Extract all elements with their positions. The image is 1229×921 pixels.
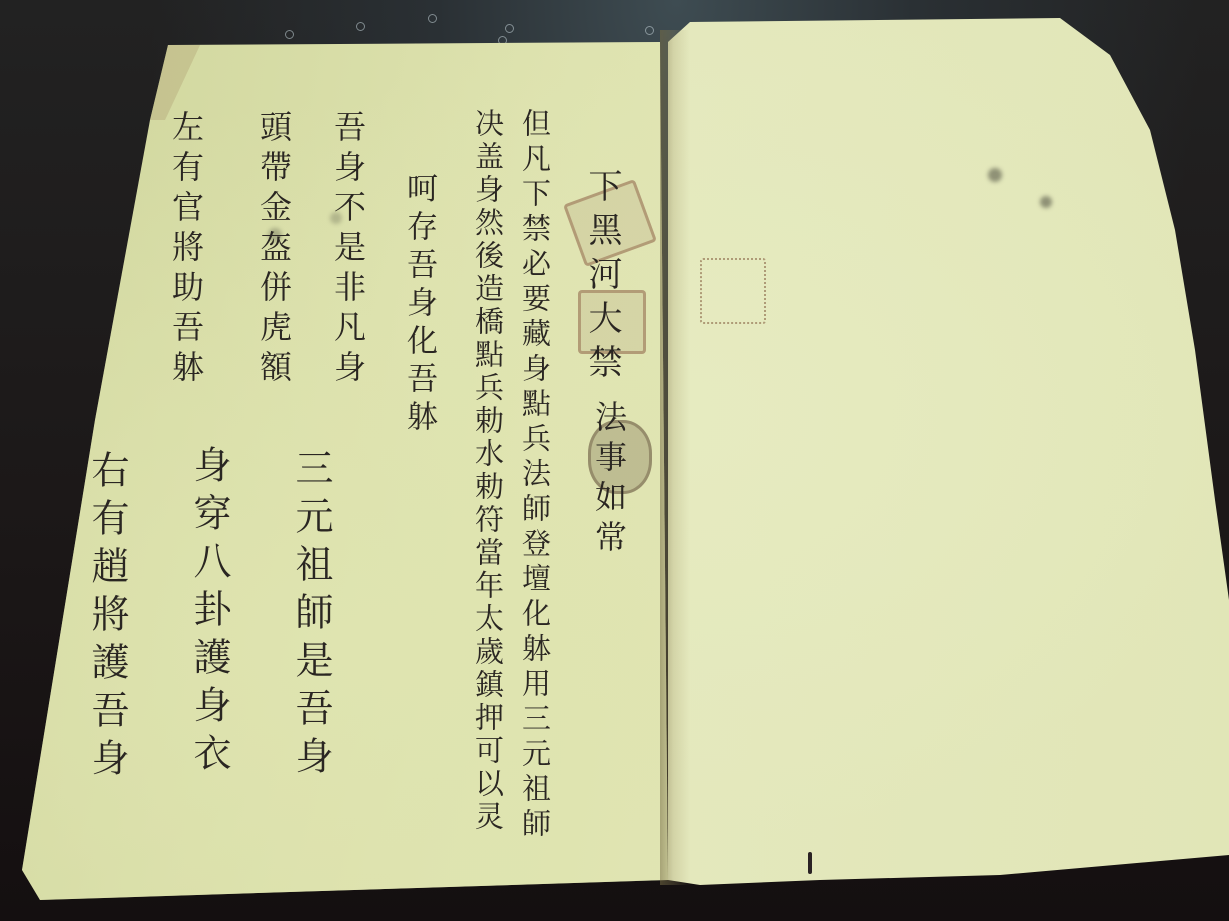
column-text: 頭帶金盔併虎額 [258,110,290,390]
column-text: 呵存吾身化吾躰 [403,172,434,438]
faded-seal-imprint [700,258,766,324]
water-droplet [428,14,437,23]
text-column-7: 三元祖師是吾身 [292,448,330,784]
text-column-5: 頭帶金盔併虎額 [258,110,290,390]
column-text: 吾身不是非凡身 [332,110,364,390]
water-droplet [356,22,365,31]
text-column-4: 吾身不是非凡身 [332,110,364,390]
title-column: 下黑河大禁 [585,168,619,388]
subtitle-text: 法事如常 [593,400,625,560]
text-column-9: 右有趙將護吾身 [88,450,126,786]
water-droplet [505,24,514,33]
water-droplet [645,26,654,35]
text-column-8: 身穿八卦護身衣 [190,445,228,781]
column-text: 但凡下禁必要藏身點兵法師登壇化躰用三元祖師 [520,108,549,843]
text-column-6: 左有官將助吾躰 [170,110,202,390]
water-droplet [285,30,294,39]
column-text: 三元祖師是吾身 [292,448,330,784]
text-column-3: 呵存吾身化吾躰 [403,172,434,438]
column-text: 右有趙將護吾身 [88,450,126,786]
text-column-1: 但凡下禁必要藏身點兵法師登壇化躰用三元祖師 [520,108,549,843]
column-text: 左有官將助吾躰 [170,110,202,390]
ink-spot [988,168,1002,182]
text-column-2: 决盖身然後造橋點兵勅水勅符當年太歲鎮押可以灵 [473,108,502,834]
subtitle-column: 法事如常 [593,400,625,560]
book-spine [660,30,690,885]
ink-mark [808,852,812,874]
column-text: 身穿八卦護身衣 [190,445,228,781]
ink-spot [1040,196,1052,208]
column-text: 决盖身然後造橋點兵勅水勅符當年太歲鎮押可以灵 [473,108,502,834]
title-text: 下黑河大禁 [585,168,619,388]
